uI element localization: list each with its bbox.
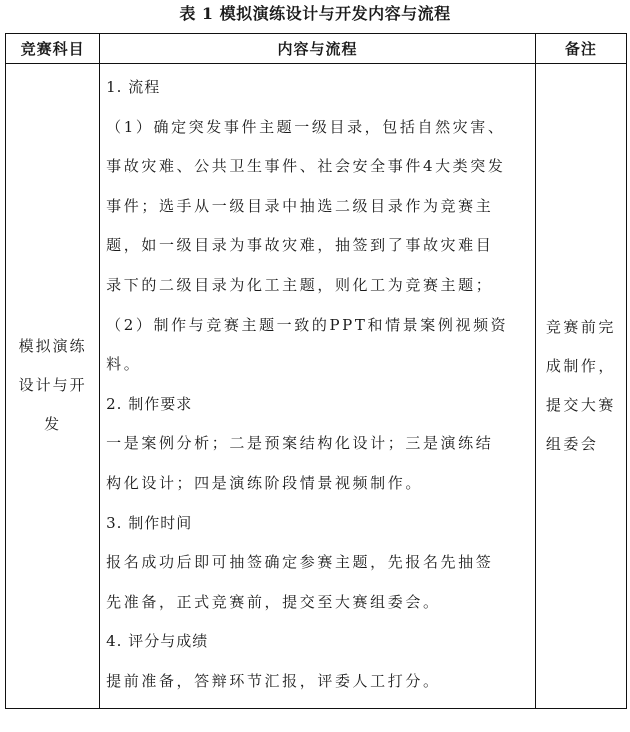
section-heading-process: 1. 流程	[106, 68, 529, 108]
table-row: 模拟演练 设计与开 发 1. 流程 （1）确定突发事件主题一级目录，包括自然灾害…	[6, 64, 627, 709]
content-line: 提前准备，答辩环节汇报，评委人工打分。	[106, 662, 529, 702]
content-line: 录下的二级目录为化工主题，则化工为竞赛主题；	[106, 266, 529, 306]
header-remark: 备注	[535, 34, 626, 64]
content-cell: 1. 流程 （1）确定突发事件主题一级目录，包括自然灾害、 事故灾难、公共卫生事…	[100, 64, 536, 709]
remark-line: 竞赛前完	[546, 308, 622, 347]
content-line: 料。	[106, 345, 529, 385]
table-header-row: 竞赛科目 内容与流程 备注	[6, 34, 627, 64]
content-line: （1）确定突发事件主题一级目录，包括自然灾害、	[106, 108, 529, 148]
subject-cell: 模拟演练 设计与开 发	[6, 64, 100, 709]
section-heading-requirements: 2. 制作要求	[106, 385, 529, 425]
content-line: 先准备，正式竞赛前，提交至大赛组委会。	[106, 583, 529, 623]
content-table: 竞赛科目 内容与流程 备注 模拟演练 设计与开 发 1. 流程 （1）确定突发事…	[5, 33, 627, 709]
subject-line: 模拟演练	[12, 327, 93, 366]
remark-line: 提交大赛	[546, 386, 622, 425]
section-heading-scoring: 4. 评分与成绩	[106, 622, 529, 662]
content-line: 报名成功后即可抽签确定参赛主题，先报名先抽签	[106, 543, 529, 583]
remark-line: 成制作，	[546, 347, 622, 386]
content-line: 构化设计；四是演练阶段情景视频制作。	[106, 464, 529, 504]
remark-line: 组委会	[546, 425, 622, 464]
content-line: 事故灾难、公共卫生事件、社会安全事件4大类突发	[106, 147, 529, 187]
subject-line: 设计与开	[12, 366, 93, 405]
section-heading-time: 3. 制作时间	[106, 504, 529, 544]
header-subject: 竞赛科目	[6, 34, 100, 64]
content-line: （2）制作与竞赛主题一致的PPT和情景案例视频资	[106, 306, 529, 346]
remark-cell: 竞赛前完 成制作， 提交大赛 组委会	[535, 64, 626, 709]
header-content: 内容与流程	[100, 34, 536, 64]
content-line: 事件；选手从一级目录中抽选二级目录作为竞赛主	[106, 187, 529, 227]
table-caption: 表 1 模拟演练设计与开发内容与流程	[0, 2, 630, 26]
content-line: 题，如一级目录为事故灾难，抽签到了事故灾难目	[106, 226, 529, 266]
content-line: 一是案例分析；二是预案结构化设计；三是演练结	[106, 424, 529, 464]
subject-line: 发	[12, 405, 93, 444]
